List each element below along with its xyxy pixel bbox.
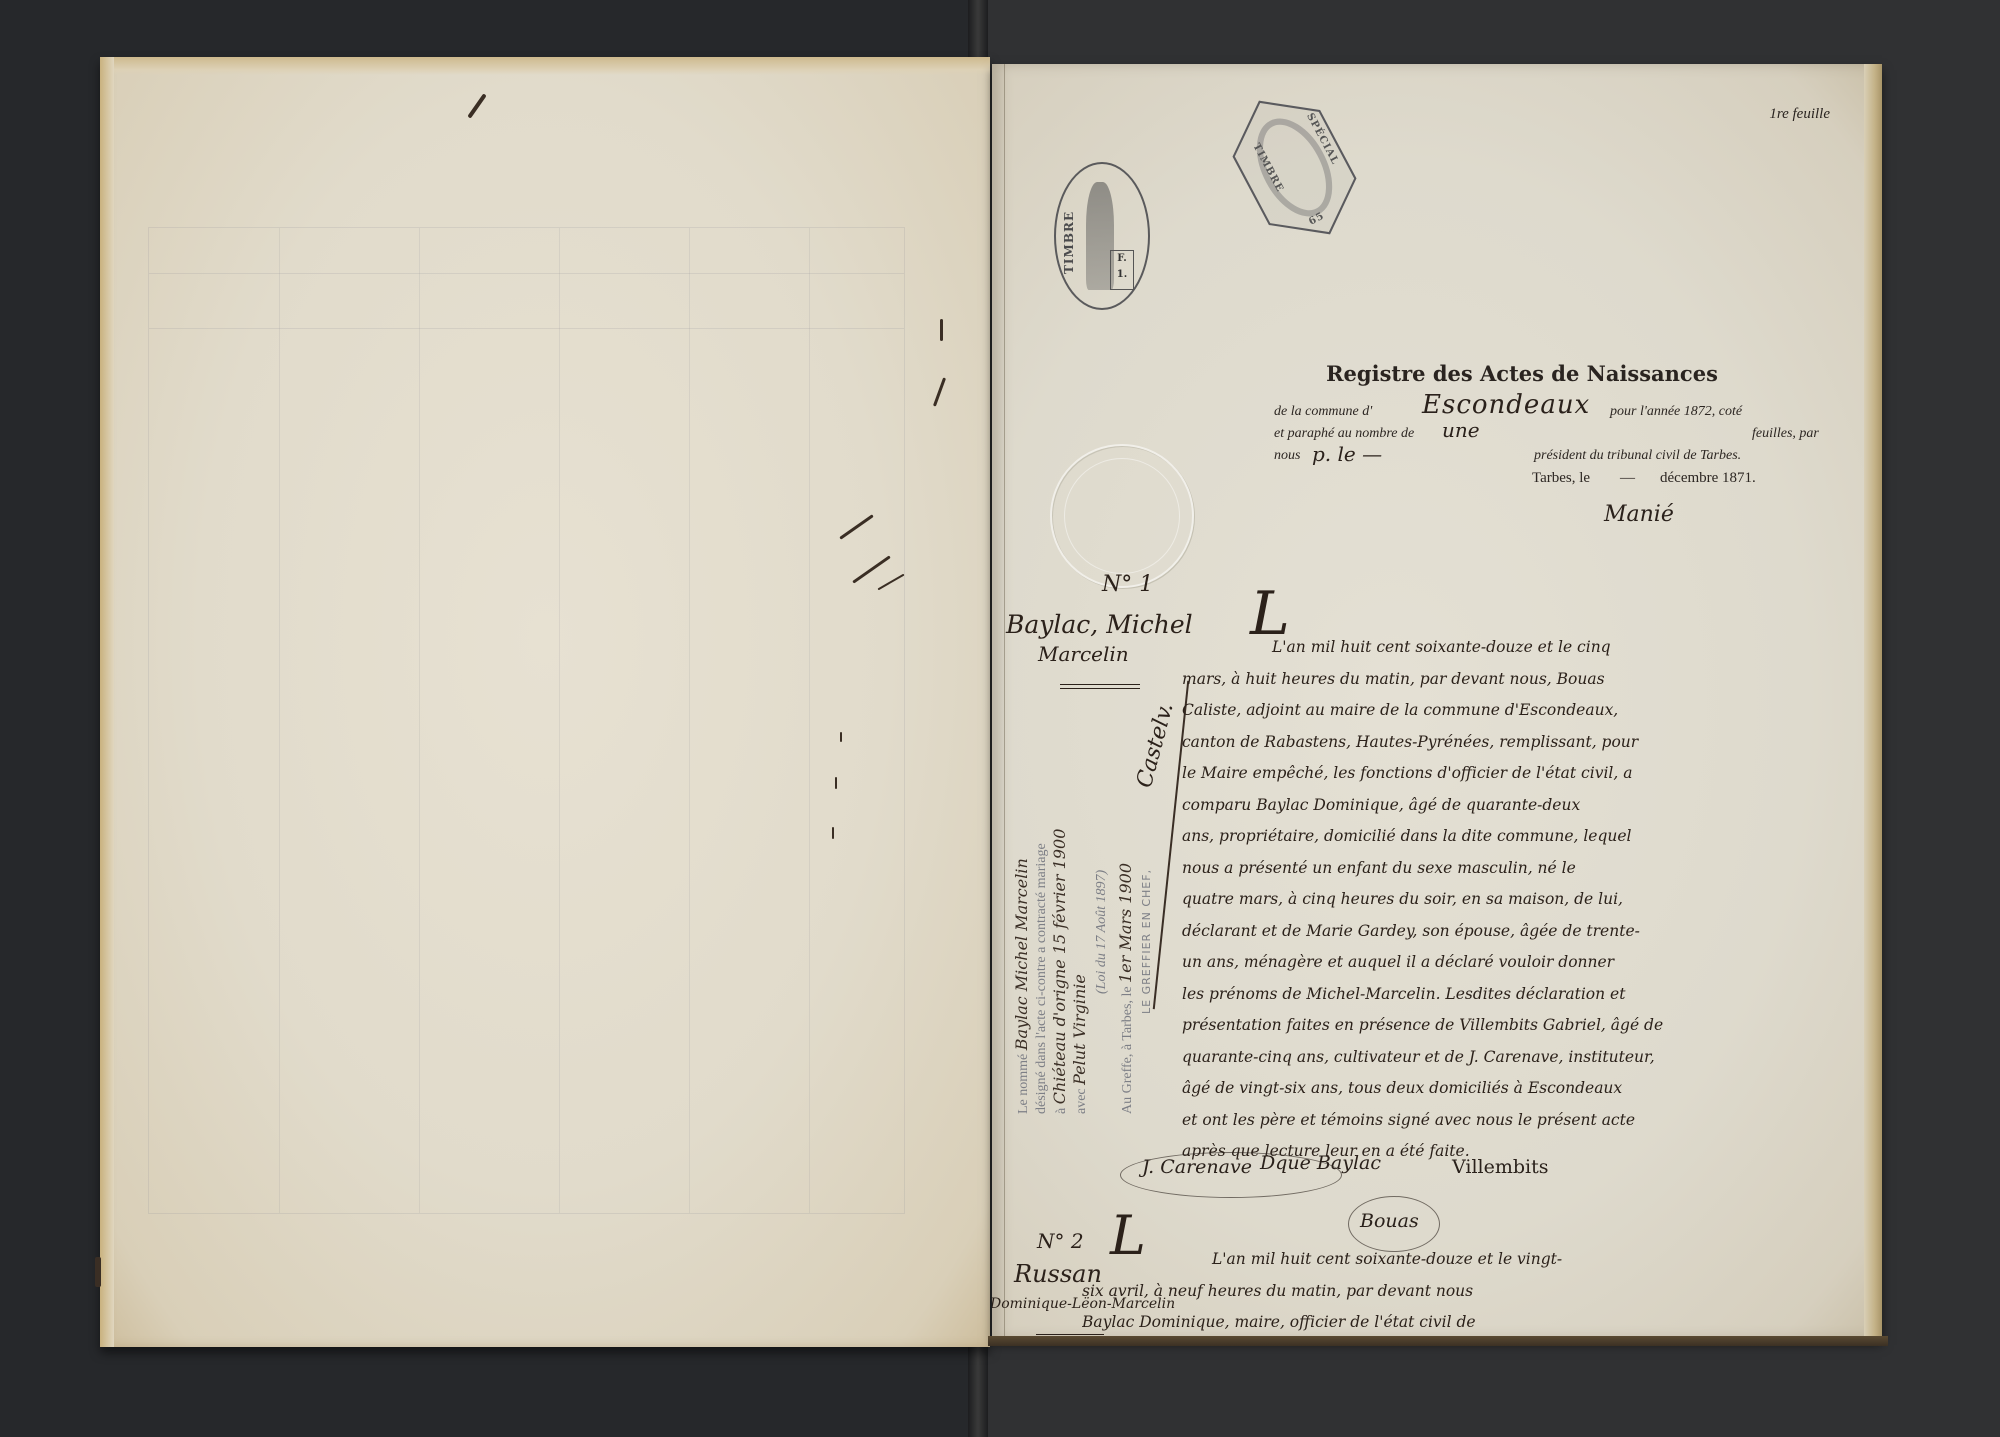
act2-body: L'an mil huit cent soixante-douze et le … — [1082, 1244, 1842, 1339]
act1-line: L'an mil huit cent soixante-douze et le … — [1182, 632, 1852, 664]
timbre-special-stamp: TIMBRE SPÉCIAL 65 — [1212, 74, 1377, 260]
form-line-nous: nous — [1274, 448, 1300, 464]
sheet-count: une — [1442, 418, 1480, 442]
president-signature: Manié — [1604, 502, 1674, 527]
annotation-name: Baylac Michel Marcelin — [1012, 858, 1031, 1050]
act1-line: présentation faites en présence de Ville… — [1182, 1010, 1852, 1042]
act2-line: six avril, à neuf heures du matin, par d… — [1082, 1276, 1842, 1308]
sheet-number: 1re feuille — [1769, 106, 1830, 123]
register-title: Registre des Actes de Naissances — [992, 361, 1882, 386]
act1-line: quatre mars, à cinq heures du soir, en s… — [1182, 884, 1852, 916]
act1-line: mars, à huit heures du matin, par devant… — [1182, 664, 1852, 696]
annotation-place-date: Chiéteau d'origne 15 février 1900 — [1050, 829, 1069, 1105]
act1-body: L'an mil huit cent soixante-douze et le … — [1182, 632, 1852, 1168]
ink-mark — [95, 1257, 101, 1287]
ink-mark — [933, 377, 946, 406]
act2-number: N° 2 — [1037, 1229, 1084, 1253]
page-edge-right — [1864, 64, 1882, 1339]
form-line-year: pour l'année 1872, coté — [1610, 404, 1742, 420]
form-line-date-blank: — — [1620, 470, 1635, 487]
ink-mark — [835, 777, 837, 789]
ink-mark — [940, 319, 943, 341]
show-through-table — [148, 227, 905, 1214]
act2-line: Baylac Dominique, maire, officier de l'é… — [1082, 1307, 1842, 1339]
form-line-tribunal: président du tribunal civil de Tarbes. — [1534, 448, 1741, 464]
pour-le-president: p. le — — [1312, 442, 1382, 466]
signature-bouas: Bouas — [1360, 1210, 1419, 1232]
form-line-commune-prefix: de la commune d' — [1274, 404, 1372, 420]
gutter-line — [1004, 64, 1005, 1339]
ink-mark — [832, 827, 834, 839]
timbre-stamp: TIMBRE F. 1. — [1054, 162, 1150, 310]
act2-line: L'an mil huit cent soixante-douze et le … — [1082, 1244, 1842, 1276]
form-line-count-suffix: feuilles, par — [1752, 426, 1819, 442]
ink-mark — [467, 93, 486, 118]
act1-line: nous a présenté un enfant du sexe mascul… — [1182, 853, 1852, 885]
act1-line: Caliste, adjoint au maire de la commune … — [1182, 695, 1852, 727]
greffier-label: LE GREFFIER EN CHEF, — [1140, 869, 1153, 1014]
form-line-count-prefix: et paraphé au nombre de — [1274, 426, 1414, 442]
left-page — [100, 57, 990, 1347]
form-line-date: décembre 1871. — [1660, 470, 1756, 487]
act1-line: le Maire empêché, les fonctions d'offici… — [1182, 758, 1852, 790]
act1-line: déclarant et de Marie Gardey, son épouse… — [1182, 916, 1852, 948]
act1-line: comparu Baylac Dominique, âgé de quarant… — [1182, 790, 1852, 822]
timbre-value: F. 1. — [1110, 250, 1134, 290]
act1-line: un ans, ménagère et auquel il a déclaré … — [1182, 947, 1852, 979]
signature-baylac: Dque Baylac — [1260, 1152, 1381, 1174]
page-edge-top — [100, 57, 990, 75]
act1-line: âgé de vingt-six ans, tous deux domicili… — [1182, 1073, 1852, 1105]
signature-villembits: Villembits — [1452, 1156, 1549, 1178]
annotation-greffe-date: 1er Mars 1900 — [1116, 863, 1135, 983]
act1-line: quarante-cinq ans, cultivateur et de J. … — [1182, 1042, 1852, 1074]
commune-name: Escondeaux — [1422, 390, 1590, 420]
act1-line: ans, propriétaire, domicilié dans la dit… — [1182, 821, 1852, 853]
right-page: 1re feuille TIMBRE F. 1. TIMBRE SPÉCIAL … — [992, 64, 1882, 1339]
hexagon-stamp-icon — [1212, 74, 1377, 260]
act1-line: canton de Rabastens, Hautes-Pyrénées, re… — [1182, 727, 1852, 759]
embossed-seal — [1050, 444, 1194, 588]
book-block-bottom — [988, 1336, 1888, 1346]
act1-line: et ont les père et témoins signé avec no… — [1182, 1105, 1852, 1137]
form-line-date-prefix: Tarbes, le — [1532, 470, 1590, 487]
act1-line: les prénoms de Michel-Marcelin. Lesdites… — [1182, 979, 1852, 1011]
page-edge-left — [100, 57, 114, 1347]
timbre-label: TIMBRE — [1062, 211, 1076, 274]
signature-carenave: J. Carenave — [1142, 1156, 1252, 1178]
annotation-spouse: Pelut Virginie — [1070, 974, 1089, 1085]
ink-mark — [840, 732, 842, 742]
